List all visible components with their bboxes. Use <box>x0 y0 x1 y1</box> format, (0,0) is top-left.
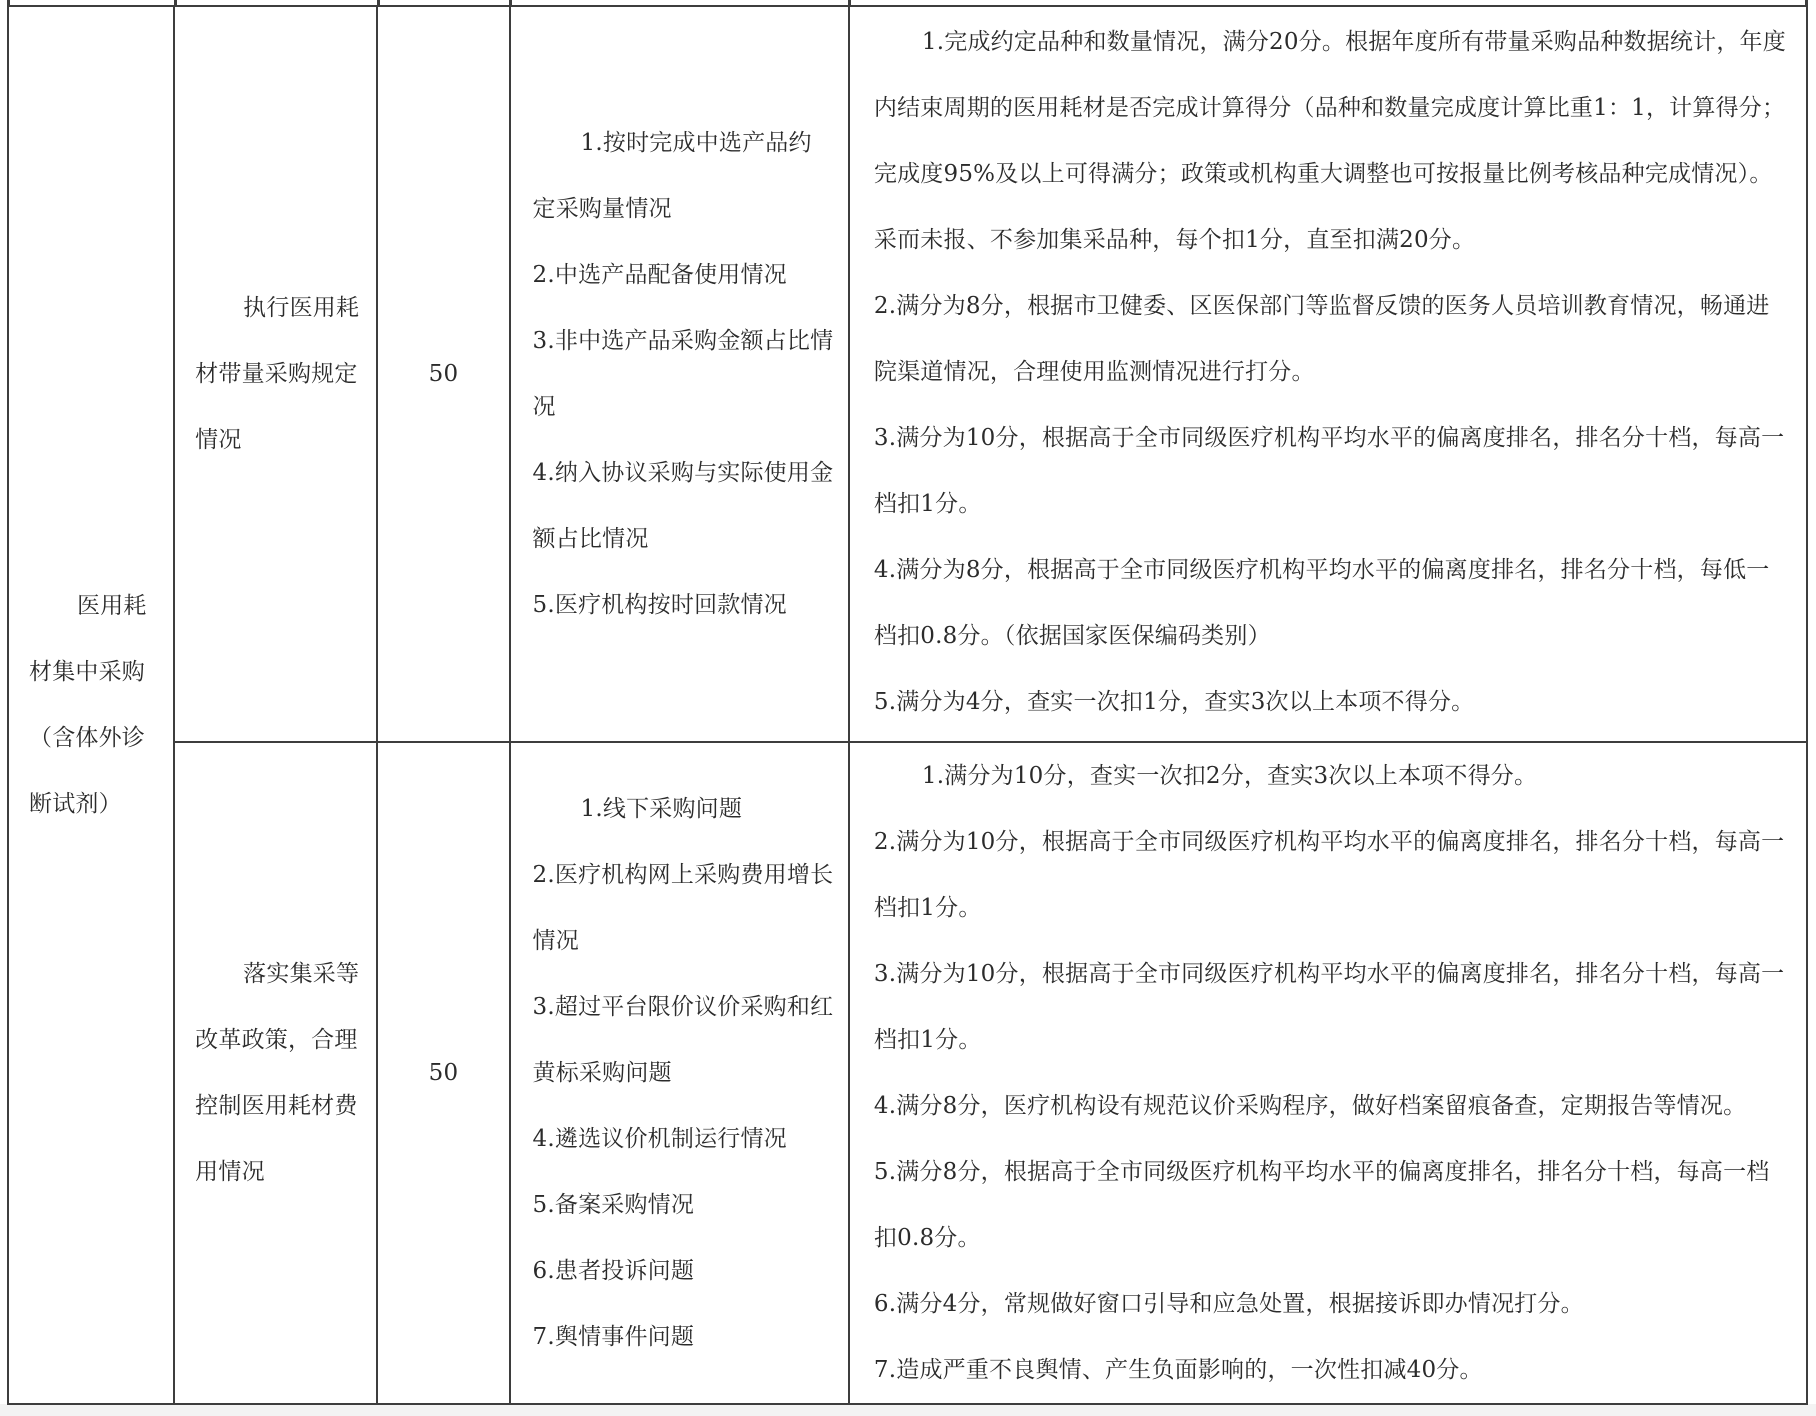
content-item: 1.按时完成中选产品约定采购量情况 <box>533 110 834 242</box>
content-item: 4.纳入协议采购与实际使用金额占比情况 <box>533 440 834 572</box>
criteria-item: 3.满分为10分，根据高于全市同级医疗机构平均水平的偏离度排名，排名分十档，每高… <box>874 941 1788 1073</box>
score-value: 50 <box>429 361 459 387</box>
category-cell: 医用耗材集中采购（含体外诊断试剂） <box>8 6 174 1404</box>
content-cell: 1.按时完成中选产品约定采购量情况 2.中选产品配备使用情况 3.非中选产品采购… <box>510 6 849 742</box>
criteria-item: 3.满分为10分，根据高于全市同级医疗机构平均水平的偏离度排名，排名分十档，每高… <box>874 405 1788 537</box>
content-item: 4.遴选议价机制运行情况 <box>533 1106 834 1172</box>
item-cell: 执行医用耗材带量采购规定情况 <box>174 6 377 742</box>
table-border-stub <box>377 0 380 6</box>
table-row: 医用耗材集中采购（含体外诊断试剂） 执行医用耗材带量采购规定情况 50 1.按时… <box>8 6 1807 742</box>
table-row: 落实集采等改革政策，合理控制医用耗材费用情况 50 1.线下采购问题 2.医疗机… <box>8 742 1807 1404</box>
table-border-stub <box>509 0 512 6</box>
content-item: 7.舆情事件问题 <box>533 1304 834 1370</box>
criteria-cell: 1.满分为10分，查实一次扣2分，查实3次以上本项不得分。 2.满分为10分，根… <box>849 742 1807 1404</box>
score-cell: 50 <box>377 6 509 742</box>
criteria-cell: 1.完成约定品种和数量情况，满分20分。根据年度所有带量采购品种数据统计，年度内… <box>849 6 1807 742</box>
criteria-item: 1.满分为10分，查实一次扣2分，查实3次以上本项不得分。 <box>874 743 1788 809</box>
content-item: 3.超过平台限价议价采购和红黄标采购问题 <box>533 974 834 1106</box>
criteria-item: 7.造成严重不良舆情、产生负面影响的，一次性扣减40分。 <box>874 1337 1788 1403</box>
criteria-item: 6.满分4分，常规做好窗口引导和应急处置，根据接诉即办情况打分。 <box>874 1271 1788 1337</box>
table-border-stub <box>1805 0 1808 6</box>
table-border-stub <box>7 0 10 6</box>
criteria-item: 4.满分8分，医疗机构设有规范议价采购程序，做好档案留痕备查，定期报告等情况。 <box>874 1073 1788 1139</box>
content-item: 2.中选产品配备使用情况 <box>533 242 834 308</box>
criteria-item: 5.满分8分，根据高于全市同级医疗机构平均水平的偏离度排名，排名分十档，每高一档… <box>874 1139 1788 1271</box>
criteria-item: 5.满分为4分，查实一次扣1分，查实3次以上本项不得分。 <box>874 669 1788 735</box>
document-page: 医用耗材集中采购（含体外诊断试剂） 执行医用耗材带量采购规定情况 50 1.按时… <box>0 0 1816 1404</box>
evaluation-table: 医用耗材集中采购（含体外诊断试剂） 执行医用耗材带量采购规定情况 50 1.按时… <box>7 5 1808 1405</box>
content-item: 3.非中选产品采购金额占比情况 <box>533 308 834 440</box>
category-label: 医用耗材集中采购（含体外诊断试剂） <box>29 573 159 837</box>
score-cell: 50 <box>377 742 509 1404</box>
criteria-item: 1.完成约定品种和数量情况，满分20分。根据年度所有带量采购品种数据统计，年度内… <box>874 9 1788 273</box>
item-cell: 落实集采等改革政策，合理控制医用耗材费用情况 <box>174 742 377 1404</box>
criteria-item: 2.满分为8分，根据市卫健委、区医保部门等监督反馈的医务人员培训教育情况，畅通进… <box>874 273 1788 405</box>
table-border-stub <box>848 0 851 6</box>
item-label: 执行医用耗材带量采购规定情况 <box>195 275 362 473</box>
content-item: 6.患者投诉问题 <box>533 1238 834 1304</box>
criteria-item: 2.满分为10分，根据高于全市同级医疗机构平均水平的偏离度排名，排名分十档，每高… <box>874 809 1788 941</box>
content-item: 5.备案采购情况 <box>533 1172 834 1238</box>
content-item: 1.线下采购问题 <box>533 776 834 842</box>
content-cell: 1.线下采购问题 2.医疗机构网上采购费用增长情况 3.超过平台限价议价采购和红… <box>510 742 849 1404</box>
content-item: 5.医疗机构按时回款情况 <box>533 572 834 638</box>
criteria-item: 4.满分为8分，根据高于全市同级医疗机构平均水平的偏离度排名，排名分十档，每低一… <box>874 537 1788 669</box>
table-border-stub <box>174 0 177 6</box>
score-value: 50 <box>429 1060 459 1086</box>
item-label: 落实集采等改革政策，合理控制医用耗材费用情况 <box>195 941 362 1205</box>
content-item: 2.医疗机构网上采购费用增长情况 <box>533 842 834 974</box>
